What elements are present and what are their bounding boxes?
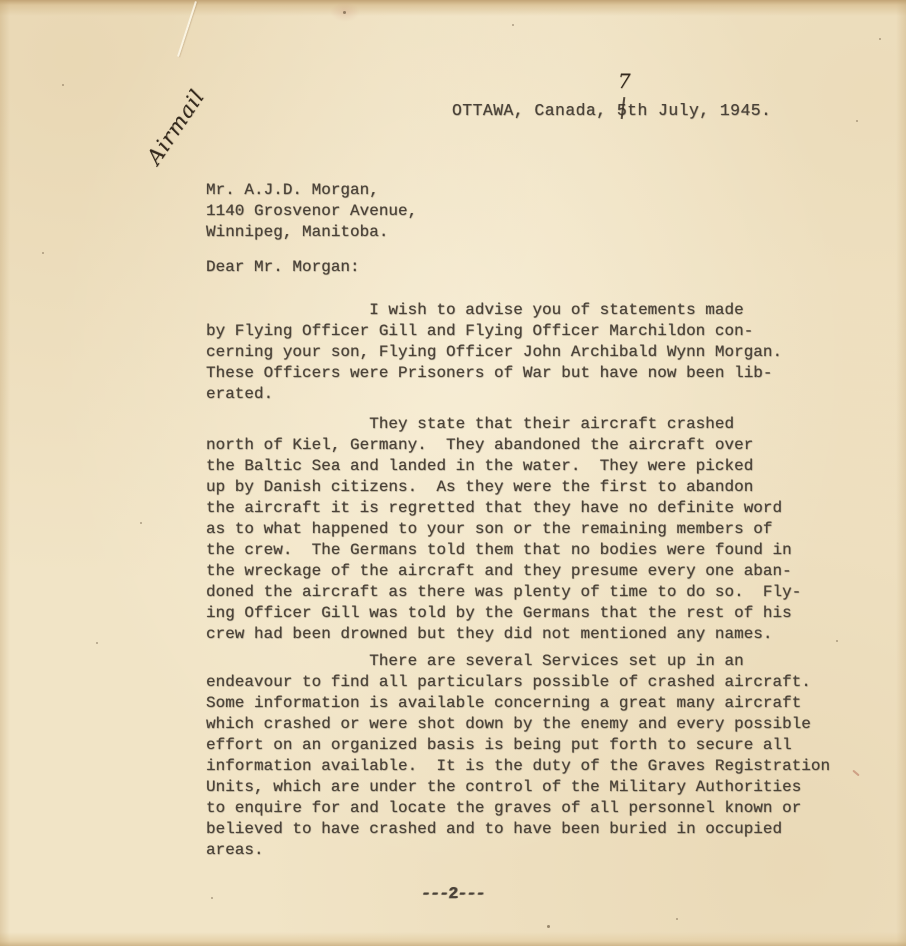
scan-edge-bottom: [0, 932, 906, 946]
scan-edge-top: [0, 0, 906, 16]
salutation: Dear Mr. Morgan:: [206, 257, 360, 278]
paper-speck: [62, 84, 64, 86]
paper-speck: [96, 642, 98, 644]
typed-day-digit: 5: [617, 101, 627, 120]
recipient-address: Mr. A.J.D. Morgan, 1140 Grosvenor Avenue…: [206, 180, 417, 243]
dateline: OTTAWA, Canada, 57th July, 1945.: [452, 100, 771, 121]
paper-speck: [140, 522, 142, 524]
dateline-suffix: th July, 1945.: [627, 101, 771, 120]
scan-edge-left: [0, 0, 10, 946]
paper-speck: [211, 897, 213, 899]
handwritten-airmail-note: Airmail: [142, 85, 209, 169]
paper-speck: [879, 38, 881, 40]
paper-speck: [547, 925, 550, 928]
handwritten-day-correction: 7: [618, 71, 631, 92]
scan-edge-right: [896, 0, 906, 946]
struck-typed-day: 57: [617, 100, 627, 121]
paper-red-mark: [852, 770, 859, 777]
paragraph-3: There are several Services set up in an …: [206, 651, 830, 861]
paper-speck: [343, 11, 346, 14]
paper-speck: [302, 700, 304, 702]
paper-speck: [676, 918, 678, 920]
page-number: ---2---: [0, 883, 906, 905]
paper-speck: [512, 24, 514, 26]
letter-page: Airmail OTTAWA, Canada, 57th July, 1945.…: [0, 0, 906, 946]
paragraph-1: I wish to advise you of statements made …: [206, 300, 782, 405]
paper-speck: [856, 120, 858, 122]
paper-speck: [42, 252, 44, 254]
paper-crease: [177, 1, 197, 57]
dateline-prefix: OTTAWA, Canada,: [452, 101, 617, 120]
paragraph-2: They state that their aircraft crashed n…: [206, 414, 801, 645]
paper-speck: [836, 640, 838, 642]
